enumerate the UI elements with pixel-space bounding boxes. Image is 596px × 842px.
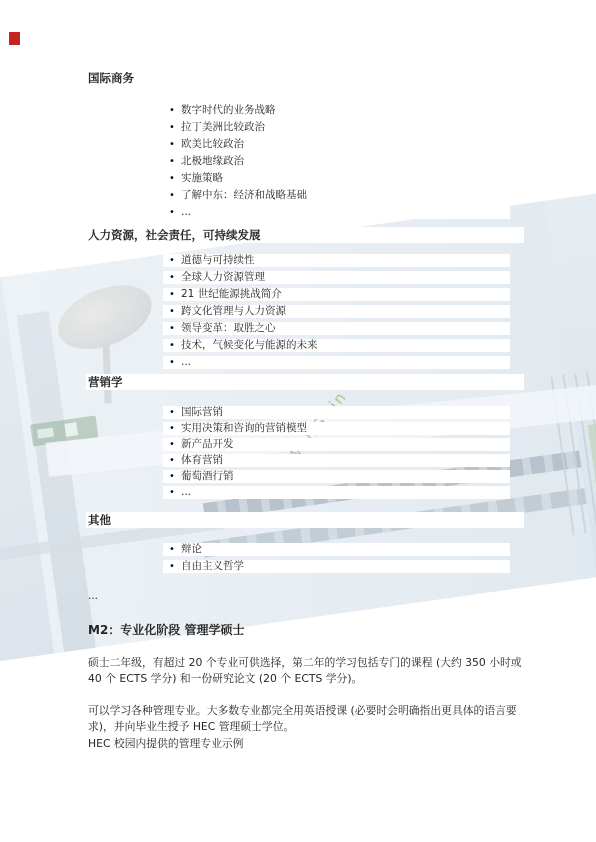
bullet-icon: • [163, 470, 181, 483]
bullet-icon: • [163, 454, 181, 467]
list-item: •跨文化管理与人力资源 [163, 305, 510, 318]
list-item-label: 自由主义哲学 [181, 560, 510, 573]
bullet-icon: • [163, 121, 181, 134]
m2-paragraph-1: 硕士二年级，有超过 20 个专业可供选择，第二年的学习包括专门的课程 (大约 3… [88, 655, 530, 686]
bullet-icon: • [163, 339, 181, 352]
list-item-label: 21 世纪能源挑战简介 [181, 288, 510, 301]
list-item: •实施策略 [163, 172, 510, 185]
bullet-icon: • [163, 206, 181, 219]
list-item: •数字时代的业务战略 [163, 104, 510, 117]
section-title: 人力资源，社会责任，可持续发展 [86, 227, 524, 243]
list-item-label: 欧美比较政治 [181, 138, 510, 151]
list-item: •欧美比较政治 [163, 138, 510, 151]
section-title: 国际商务 [86, 70, 524, 86]
section-title: 营销学 [86, 374, 524, 390]
list-item: •辩论 [163, 543, 510, 556]
m2-paragraph-3: HEC 校园内提供的管理专业示例 [88, 736, 532, 752]
list-item: •自由主义哲学 [163, 560, 510, 573]
ellipsis-text: ... [88, 590, 98, 602]
list-item: •技术，气候变化与能源的未来 [163, 339, 510, 352]
list-item: •国际营销 [163, 406, 510, 419]
bullet-icon: • [163, 172, 181, 185]
list-item-label: 实用决策和咨询的营销模型 [181, 422, 510, 435]
bullet-icon: • [163, 288, 181, 301]
list-item-label: 跨文化管理与人力资源 [181, 305, 510, 318]
red-square-marker [9, 32, 20, 45]
list-item: •新产品开发 [163, 438, 510, 451]
bullet-icon: • [163, 422, 181, 435]
list-item: •北极地缘政治 [163, 155, 510, 168]
list-item: •体育营销 [163, 454, 510, 467]
list-item-label: ... [181, 486, 510, 499]
list-item: •道德与可持续性 [163, 254, 510, 267]
bullet-icon: • [163, 356, 181, 369]
bullet-icon: • [163, 322, 181, 335]
list-item-label: 拉丁美洲比较政治 [181, 121, 510, 134]
bullet-icon: • [163, 438, 181, 451]
list-item-label: 体育营销 [181, 454, 510, 467]
m2-heading: M2：专业化阶段 管理学硕士 [88, 621, 244, 638]
bullet-icon: • [163, 104, 181, 117]
list-item-label: 葡萄酒行销 [181, 470, 510, 483]
list-item-label: 全球人力资源管理 [181, 271, 510, 284]
list-item: •... [163, 356, 510, 369]
list-item: •了解中东：经济和战略基础 [163, 189, 510, 202]
list-item: •全球人力资源管理 [163, 271, 510, 284]
list-item-label: 辩论 [181, 543, 510, 556]
bullet-icon: • [163, 254, 181, 267]
bullet-icon: • [163, 189, 181, 202]
list-item-label: ... [181, 206, 510, 219]
bullet-icon: • [163, 543, 181, 556]
list-item-label: 数字时代的业务战略 [181, 104, 510, 117]
list-item: •... [163, 206, 510, 219]
bullet-icon: • [163, 406, 181, 419]
list-item-label: 北极地缘政治 [181, 155, 510, 168]
m2-paragraph-block: 可以学习各种管理专业。大多数专业都完全用英语授课 (必要时会明确指出更具体的语言… [88, 703, 532, 752]
list-item-label: 实施策略 [181, 172, 510, 185]
list-item-label: 新产品开发 [181, 438, 510, 451]
list-item-label: 技术，气候变化与能源的未来 [181, 339, 510, 352]
list-item-label: 领导变革：取胜之心 [181, 322, 510, 335]
list-item-label: ... [181, 356, 510, 369]
list-item: •实用决策和咨询的营销模型 [163, 422, 510, 435]
list-item-label: 国际营销 [181, 406, 510, 419]
bullet-icon: • [163, 560, 181, 573]
bullet-icon: • [163, 486, 181, 499]
list-item: •拉丁美洲比较政治 [163, 121, 510, 134]
document-page: WANG Jin 国际商务 •数字时代的业务战略 •拉丁美洲比较政治 •欧美比较… [0, 0, 596, 842]
bullet-icon: • [163, 305, 181, 318]
list-item: •领导变革：取胜之心 [163, 322, 510, 335]
exit-arrow-icon [37, 428, 54, 439]
list-item: •葡萄酒行销 [163, 470, 510, 483]
bullet-icon: • [163, 271, 181, 284]
list-item-label: 了解中东：经济和战略基础 [181, 189, 510, 202]
m2-paragraph-2: 可以学习各种管理专业。大多数专业都完全用英语授课 (必要时会明确指出更具体的语言… [88, 703, 532, 735]
dish-pole-shape [103, 341, 112, 403]
list-item: •21 世纪能源挑战简介 [163, 288, 510, 301]
list-item: •... [163, 486, 510, 499]
section-title: 其他 [86, 512, 524, 528]
bullet-icon: • [163, 138, 181, 151]
bullet-icon: • [163, 155, 181, 168]
list-item-label: 道德与可持续性 [181, 254, 510, 267]
running-man-icon [64, 422, 78, 437]
